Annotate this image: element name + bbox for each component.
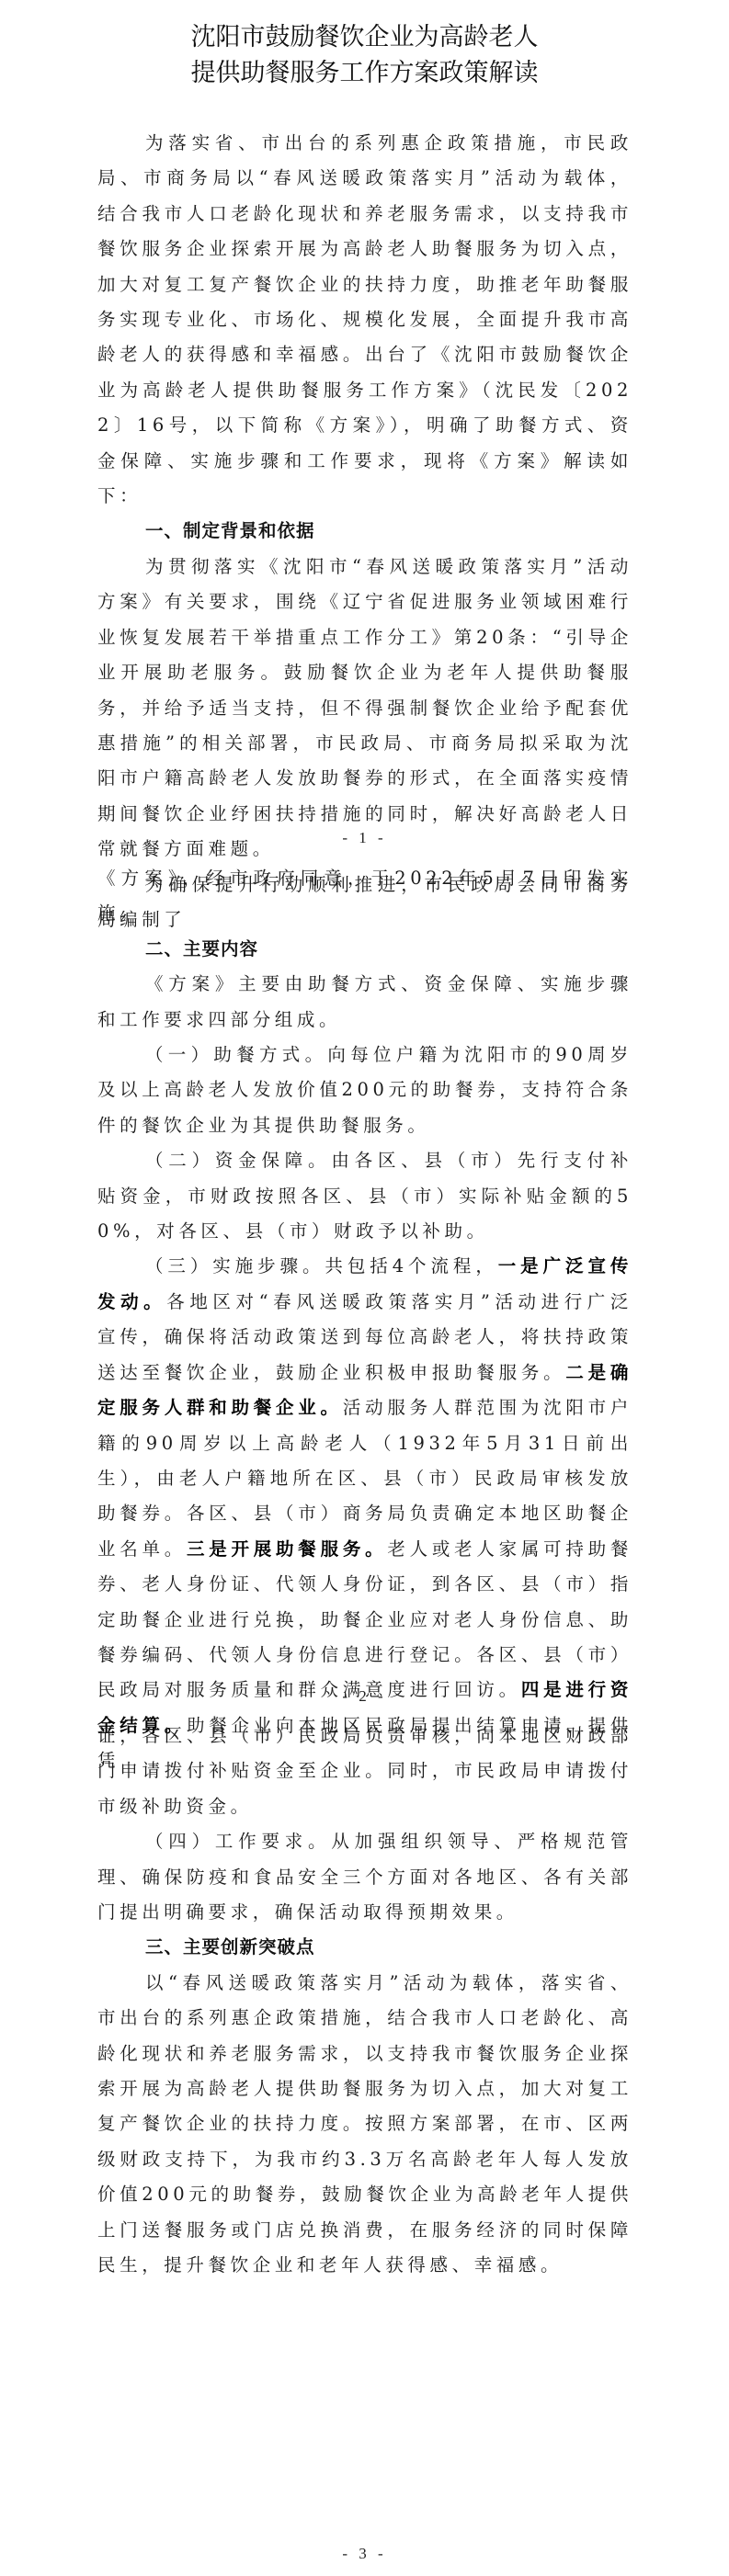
item-1-meal-method: （一）助餐方式。向每位户籍为沈阳市的90周岁及以上高龄老人发放价值200元的助餐… [97,1038,632,1143]
section-2-intro: 《方案》主要由助餐方式、资金保障、实施步骤和工作要求四部分组成。 [97,967,632,1038]
section-2-heading: 二、主要内容 [97,932,632,967]
item-3-lead: （三）实施步骤。共包括4个流程， [145,1255,498,1277]
item-2-funding: （二）资金保障。由各区、县（市）先行支付补贴资金，市财政按照各区、县（市）实际补… [97,1143,632,1249]
page-number-2: - 2 - [0,1687,729,1706]
step-2-text: 活动服务人群范围为沈阳市户籍的90周岁以上高龄老人（1932年5月31日前出生）… [97,1397,632,1560]
page-2-continuation: 《方案》，经市政府同意，于2022年5月7日印发实施。 [97,861,632,932]
step-3-title: 三是开展助餐服务。 [187,1538,387,1560]
page-number-3: - 3 - [0,2545,729,2563]
section-1-heading: 一、制定背景和依据 [97,514,632,549]
intro-paragraph: 为落实省、市出台的系列惠企政策措施，市民政局、市商务局以“春风送暖政策落实月”活… [97,126,632,514]
item-4-requirements: （四）工作要求。从加强组织领导、严格规范管理、确保防疫和食品安全三个方面对各地区… [97,1824,632,1930]
page-3-body: 证，各区、县（市）民政局负责审核，向本地区财政部门申请拨付补贴资金至企业。同时，… [97,1719,632,2284]
section-3-heading: 三、主要创新突破点 [97,1930,632,1965]
document-title-line-1: 沈阳市鼓励餐饮企业为高龄老人 [0,20,729,55]
section-1-paragraph-1: 为贯彻落实《沈阳市“春风送暖政策落实月”活动方案》有关要求，围绕《辽宁省促进服务… [97,550,632,868]
page-2-body: 《方案》，经市政府同意，于2022年5月7日印发实施。 二、主要内容 《方案》主… [97,861,632,1779]
step-3-text: 老人或老人家属可持助餐券、老人身份证、代领人身份证，到各区、县（市）指定助餐企业… [97,1538,632,1701]
page-3-continuation: 证，各区、县（市）民政局负责审核，向本地区财政部门申请拨付补贴资金至企业。同时，… [97,1719,632,1824]
page-number-1: - 1 - [0,829,729,847]
document-title-line-2: 提供助餐服务工作方案政策解读 [0,56,729,91]
page-1-body: 为落实省、市出台的系列惠企政策措施，市民政局、市商务局以“春风送暖政策落实月”活… [97,126,632,937]
step-1-text: 各地区对“春风送暖政策落实月”活动进行广泛宣传，确保将活动政策送到每位高龄老人，… [97,1291,632,1383]
section-3-paragraph: 以“春风送暖政策落实月”活动为载体，落实省、市出台的系列惠企政策措施，结合我市人… [97,1966,632,2284]
